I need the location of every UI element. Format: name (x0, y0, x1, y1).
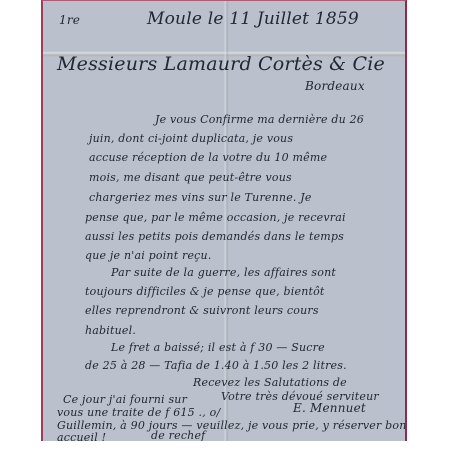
body-line: juin, dont ci-joint duplicata, je vous (89, 132, 293, 145)
body-line: mois, me disant que peut-être vous (89, 171, 292, 184)
body-line: elles reprendront & suivront leurs cours (85, 304, 319, 317)
body-line: de 25 à 28 — Tafia de 1.40 à 1.50 les 2 … (85, 359, 347, 372)
postscript-line: Ce jour j'ai fourni sur (63, 393, 187, 406)
postscript-signature: E. Mennuet (155, 439, 222, 441)
body-line: Par suite de la guerre, les affaires son… (111, 266, 336, 279)
body-line: aussi les petits pois demandés dans le t… (85, 230, 344, 243)
postscript-line: accueil ! (57, 431, 106, 441)
copy-mark: 1re (59, 13, 80, 27)
dateline: Moule le 11 Juillet 1859 (147, 9, 359, 29)
postscript-line: vous une traite de f 615 ., o/ (57, 406, 220, 419)
body-line: accuse réception de la votre du 10 même (89, 151, 327, 164)
body-line: Le fret a baissé; il est à f 30 — Sucre (111, 341, 325, 354)
city: Bordeaux (305, 79, 365, 93)
signature: E. Mennuet (293, 401, 366, 415)
body-line: pense que, par le même occasion, je rece… (85, 211, 346, 224)
body-line: Je vous Confirme ma dernière du 26 (155, 113, 364, 126)
letter-page: 1re Moule le 11 Juillet 1859 Messieurs L… (41, 0, 407, 441)
body-line: toujours difficiles & je pense que, bien… (85, 285, 325, 298)
addressee: Messieurs Lamaurd Cortès & Cie (57, 53, 385, 75)
body-line: que je n'ai point reçu. (85, 249, 212, 262)
closing-line: Recevez les Salutations de (193, 376, 347, 389)
postscript-line: Guillemin, à 90 jours — veuillez, je vou… (57, 419, 407, 432)
body-line: habituel. (85, 324, 136, 337)
body-line: chargeriez mes vins sur le Turenne. Je (89, 191, 312, 204)
